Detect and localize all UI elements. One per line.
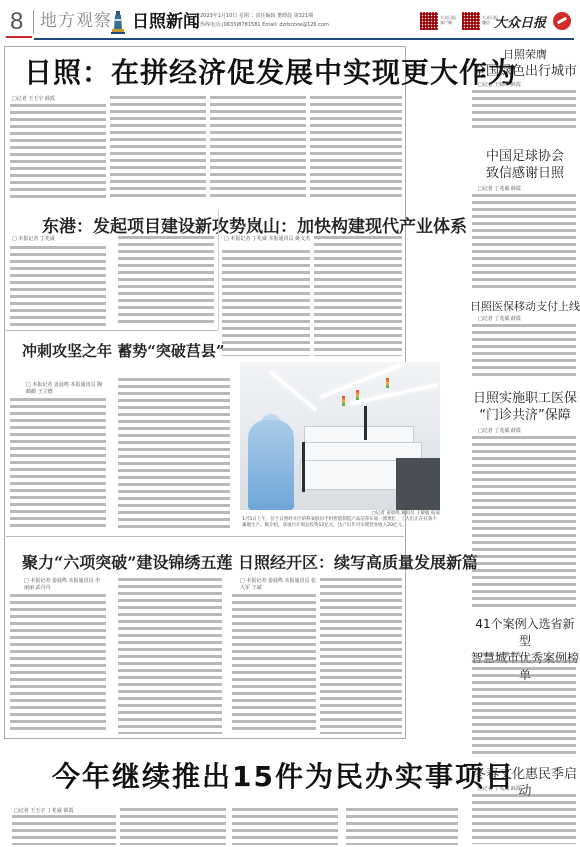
brief-byline: □记者 丁兆威 薛霞 (478, 786, 521, 793)
lead-article-col-4 (310, 96, 402, 200)
donggang-col-1 (10, 246, 106, 326)
masthead-rule (34, 38, 574, 40)
brief-body (472, 436, 576, 608)
section-name: 地方观察 (40, 10, 112, 32)
brief-headline-outpatient[interactable]: 日照实施职工医保 “门诊共济”保障 (470, 390, 580, 424)
kaifaqu-byline: □ 本报记者 姜晨鸣 本报通讯员 张大军 王斌 (240, 578, 320, 592)
masthead: 8 地方观察 日照新闻 2023年1月10日 星期二 责任编辑 董晓晨 第321… (0, 0, 580, 44)
section-rule (6, 536, 404, 537)
machine-frame (302, 442, 305, 492)
factory-photo[interactable] (240, 362, 440, 510)
signal-light-icon (342, 396, 345, 406)
juxian-byline: □ 本报记者 姜晨鸣 本报通讯员 陶鹤鹤 王立德 (26, 382, 106, 396)
lead-article-col-3 (210, 96, 306, 200)
bottom-col-3 (232, 808, 338, 845)
page-number-underline (6, 36, 32, 38)
brief-byline: □记者 丁兆威 薛霞 (478, 186, 521, 193)
lanshan-col-2 (314, 236, 402, 356)
brief-body (472, 90, 576, 132)
issue-date-line: 2023年1月10日 星期二 责任编辑 董晓晨 第321期 (200, 12, 329, 21)
wulian-headline[interactable]: 聚力“六项突破”建设锦绣五莲 (22, 550, 232, 573)
brief-headline-medical-pay[interactable]: 日照医保移动支付上线 (470, 298, 580, 315)
lead-article-col-2 (110, 96, 206, 200)
brief-body (472, 324, 576, 380)
lead-headline[interactable]: 日照：在拼经济促发展中实现更大作为 (24, 56, 517, 90)
kaifaqu-col-2 (320, 578, 402, 734)
news-brief-sidebar: 日照荣膺 全国绿色出行城市 □记者 王晓峰 薛霞 中国足球协会 致信感谢日照 □… (470, 46, 580, 846)
wulian-col-2 (118, 578, 222, 734)
brief-body (472, 194, 576, 290)
brief-byline: □记者 丁兆威 薛霞 (478, 428, 521, 435)
photo-caption: □记者 姜晨鸣 通讯员 王敏敏 报道 1月5日上午，位于日照经开区的科泰股份手机… (242, 511, 440, 529)
monitor-stand (364, 406, 367, 440)
juxian-headline[interactable]: 冲刺攻坚之年 蓄势“突破莒县” (22, 340, 224, 361)
donggang-col-2 (118, 236, 214, 326)
masthead-info: 2023年1月10日 星期二 责任编辑 董晓晨 第321期 热线电话:(0633… (200, 12, 329, 30)
brief-body (472, 660, 576, 756)
lead-byline: □记者 王玉宇 薛霞 (12, 96, 55, 103)
bottom-byline: □记者 王玉宇 丁兆威 薛霞 (14, 808, 74, 815)
signal-light-icon (386, 378, 389, 388)
signal-light-icon (356, 390, 359, 400)
bottom-col-2 (120, 808, 226, 845)
equipment-panel (396, 458, 440, 510)
juxian-col-1 (10, 398, 106, 530)
bottom-col-1 (12, 815, 116, 845)
lanshan-col-1 (222, 250, 310, 356)
photo-caption-text: 1月5日上午，位于日照经开区的科泰股份手机智能制造产品洁净车间一派繁忙，工人们正… (242, 517, 440, 529)
worker-figure (248, 420, 294, 510)
brief-headline-football[interactable]: 中国足球协会 致信感谢日照 (470, 148, 580, 182)
brief-byline: □记者 丁兆威 薛霞 (478, 316, 521, 323)
kaifaqu-col-1 (232, 594, 316, 734)
qr-code-wechat[interactable] (462, 12, 480, 30)
donggang-headline[interactable]: 东港：发起项目建设新攻势 (42, 212, 246, 237)
qr-code-app[interactable] (420, 12, 438, 30)
masthead-divider (33, 10, 34, 34)
wulian-byline: □ 本报记者 姜晨鸣 本报通讯员 李丽丽 武丹丹 (24, 578, 104, 592)
donggang-byline: □ 本报记者 丁兆威 (12, 236, 55, 243)
section-rule (6, 330, 218, 331)
ceiling-light (350, 383, 439, 405)
brief-byline: □记者 王晓峰 薛霞 (478, 652, 521, 659)
paper-name: 日照新闻 (132, 12, 200, 32)
publisher-logo: 大众日报 (494, 12, 546, 31)
kaifaqu-headline[interactable]: 日照经开区：续写高质量发展新篇 (238, 550, 478, 573)
brief-byline: □记者 王晓峰 薛霞 (478, 82, 521, 89)
juxian-col-2 (118, 378, 230, 530)
wulian-col-1 (10, 594, 106, 734)
ceiling-light (269, 370, 317, 411)
column-divider (218, 210, 219, 330)
bottom-col-4 (346, 808, 458, 845)
lead-article-col-1 (10, 104, 106, 200)
publisher-badge-icon (553, 12, 571, 30)
lanshan-byline: □ 本报记者 丁兆威 本报通讯员 姚文杰 (224, 236, 310, 243)
bottom-headline[interactable]: 今年继续推出15件为民办实事项目 (52, 760, 515, 794)
lighthouse-icon (111, 9, 125, 35)
page-number: 8 (10, 10, 23, 34)
contact-line: 热线电话:(0633)8781581 Email: dzrbrzxw@126.c… (200, 21, 329, 30)
lanshan-headline[interactable]: 岚山：加快构建现代产业体系 (246, 212, 467, 237)
qr-label-app: 大众日报客户端 (440, 15, 456, 25)
brief-headline-green-travel[interactable]: 日照荣膺 全国绿色出行城市 (470, 46, 580, 80)
brief-body (472, 794, 576, 844)
